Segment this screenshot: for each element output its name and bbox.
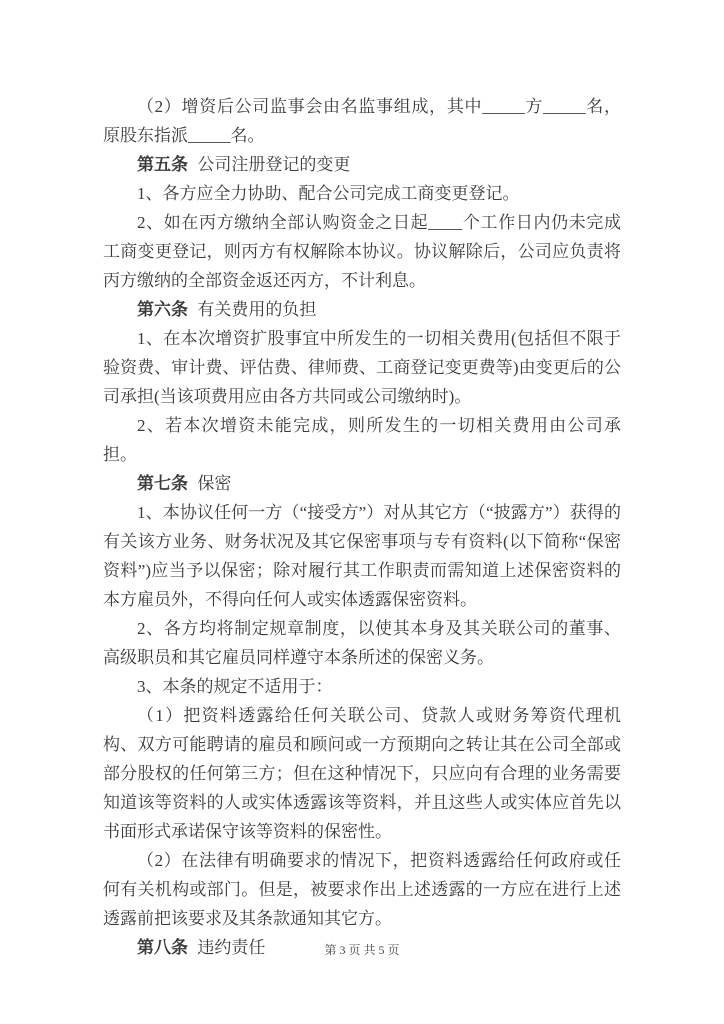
- document-body: （2）增资后公司监事会由名监事组成，其中_____方_____名，原股东指派__…: [103, 92, 621, 962]
- clause-number: 第五条: [137, 155, 188, 174]
- clause-title: 保密: [197, 474, 231, 493]
- paragraph: 2、如在丙方缴纳全部认购资金之日起____个工作日内仍未完成工商变更登记，则丙方…: [103, 208, 621, 295]
- paragraph: （2）在法律有明确要求的情况下，把资料透露给任何政府或任何有关机构或部门。但是，…: [103, 846, 621, 933]
- paragraph: 2、各方均将制定规章制度，以使其本身及其关联公司的董事、高级职员和其它雇员同样遵…: [103, 614, 621, 672]
- page-number: 第 3 页 共 5 页: [324, 943, 399, 957]
- clause-number: 第七条: [137, 474, 188, 493]
- paragraph: （1）把资料透露给任何关联公司、贷款人或财务筹资代理机构、双方可能聘请的雇员和顾…: [103, 701, 621, 846]
- document-page: （2）增资后公司监事会由名监事组成，其中_____方_____名，原股东指派__…: [0, 0, 724, 1024]
- page-footer: 第 3 页 共 5 页: [0, 943, 724, 957]
- clause-heading: 第五条公司注册登记的变更: [103, 150, 621, 179]
- paragraph: 1、在本次增资扩股事宜中所发生的一切相关费用(包括但不限于验资费、审计费、评估费…: [103, 324, 621, 411]
- paragraph: 1、本协议任何一方（“接受方”）对从其它方（“披露方”）获得的有关该方业务、财务…: [103, 498, 621, 614]
- clause-heading: 第六条有关费用的负担: [103, 295, 621, 324]
- paragraph: 1、各方应全力协助、配合公司完成工商变更登记。: [103, 179, 621, 208]
- clause-heading: 第七条保密: [103, 469, 621, 498]
- clause-title: 公司注册登记的变更: [197, 155, 350, 174]
- clause-title: 有关费用的负担: [197, 300, 316, 319]
- clause-number: 第六条: [137, 300, 188, 319]
- paragraph: 3、本条的规定不适用于：: [103, 672, 621, 701]
- paragraph: （2）增资后公司监事会由名监事组成，其中_____方_____名，原股东指派__…: [103, 92, 621, 150]
- paragraph: 2、若本次增资未能完成，则所发生的一切相关费用由公司承担。: [103, 411, 621, 469]
